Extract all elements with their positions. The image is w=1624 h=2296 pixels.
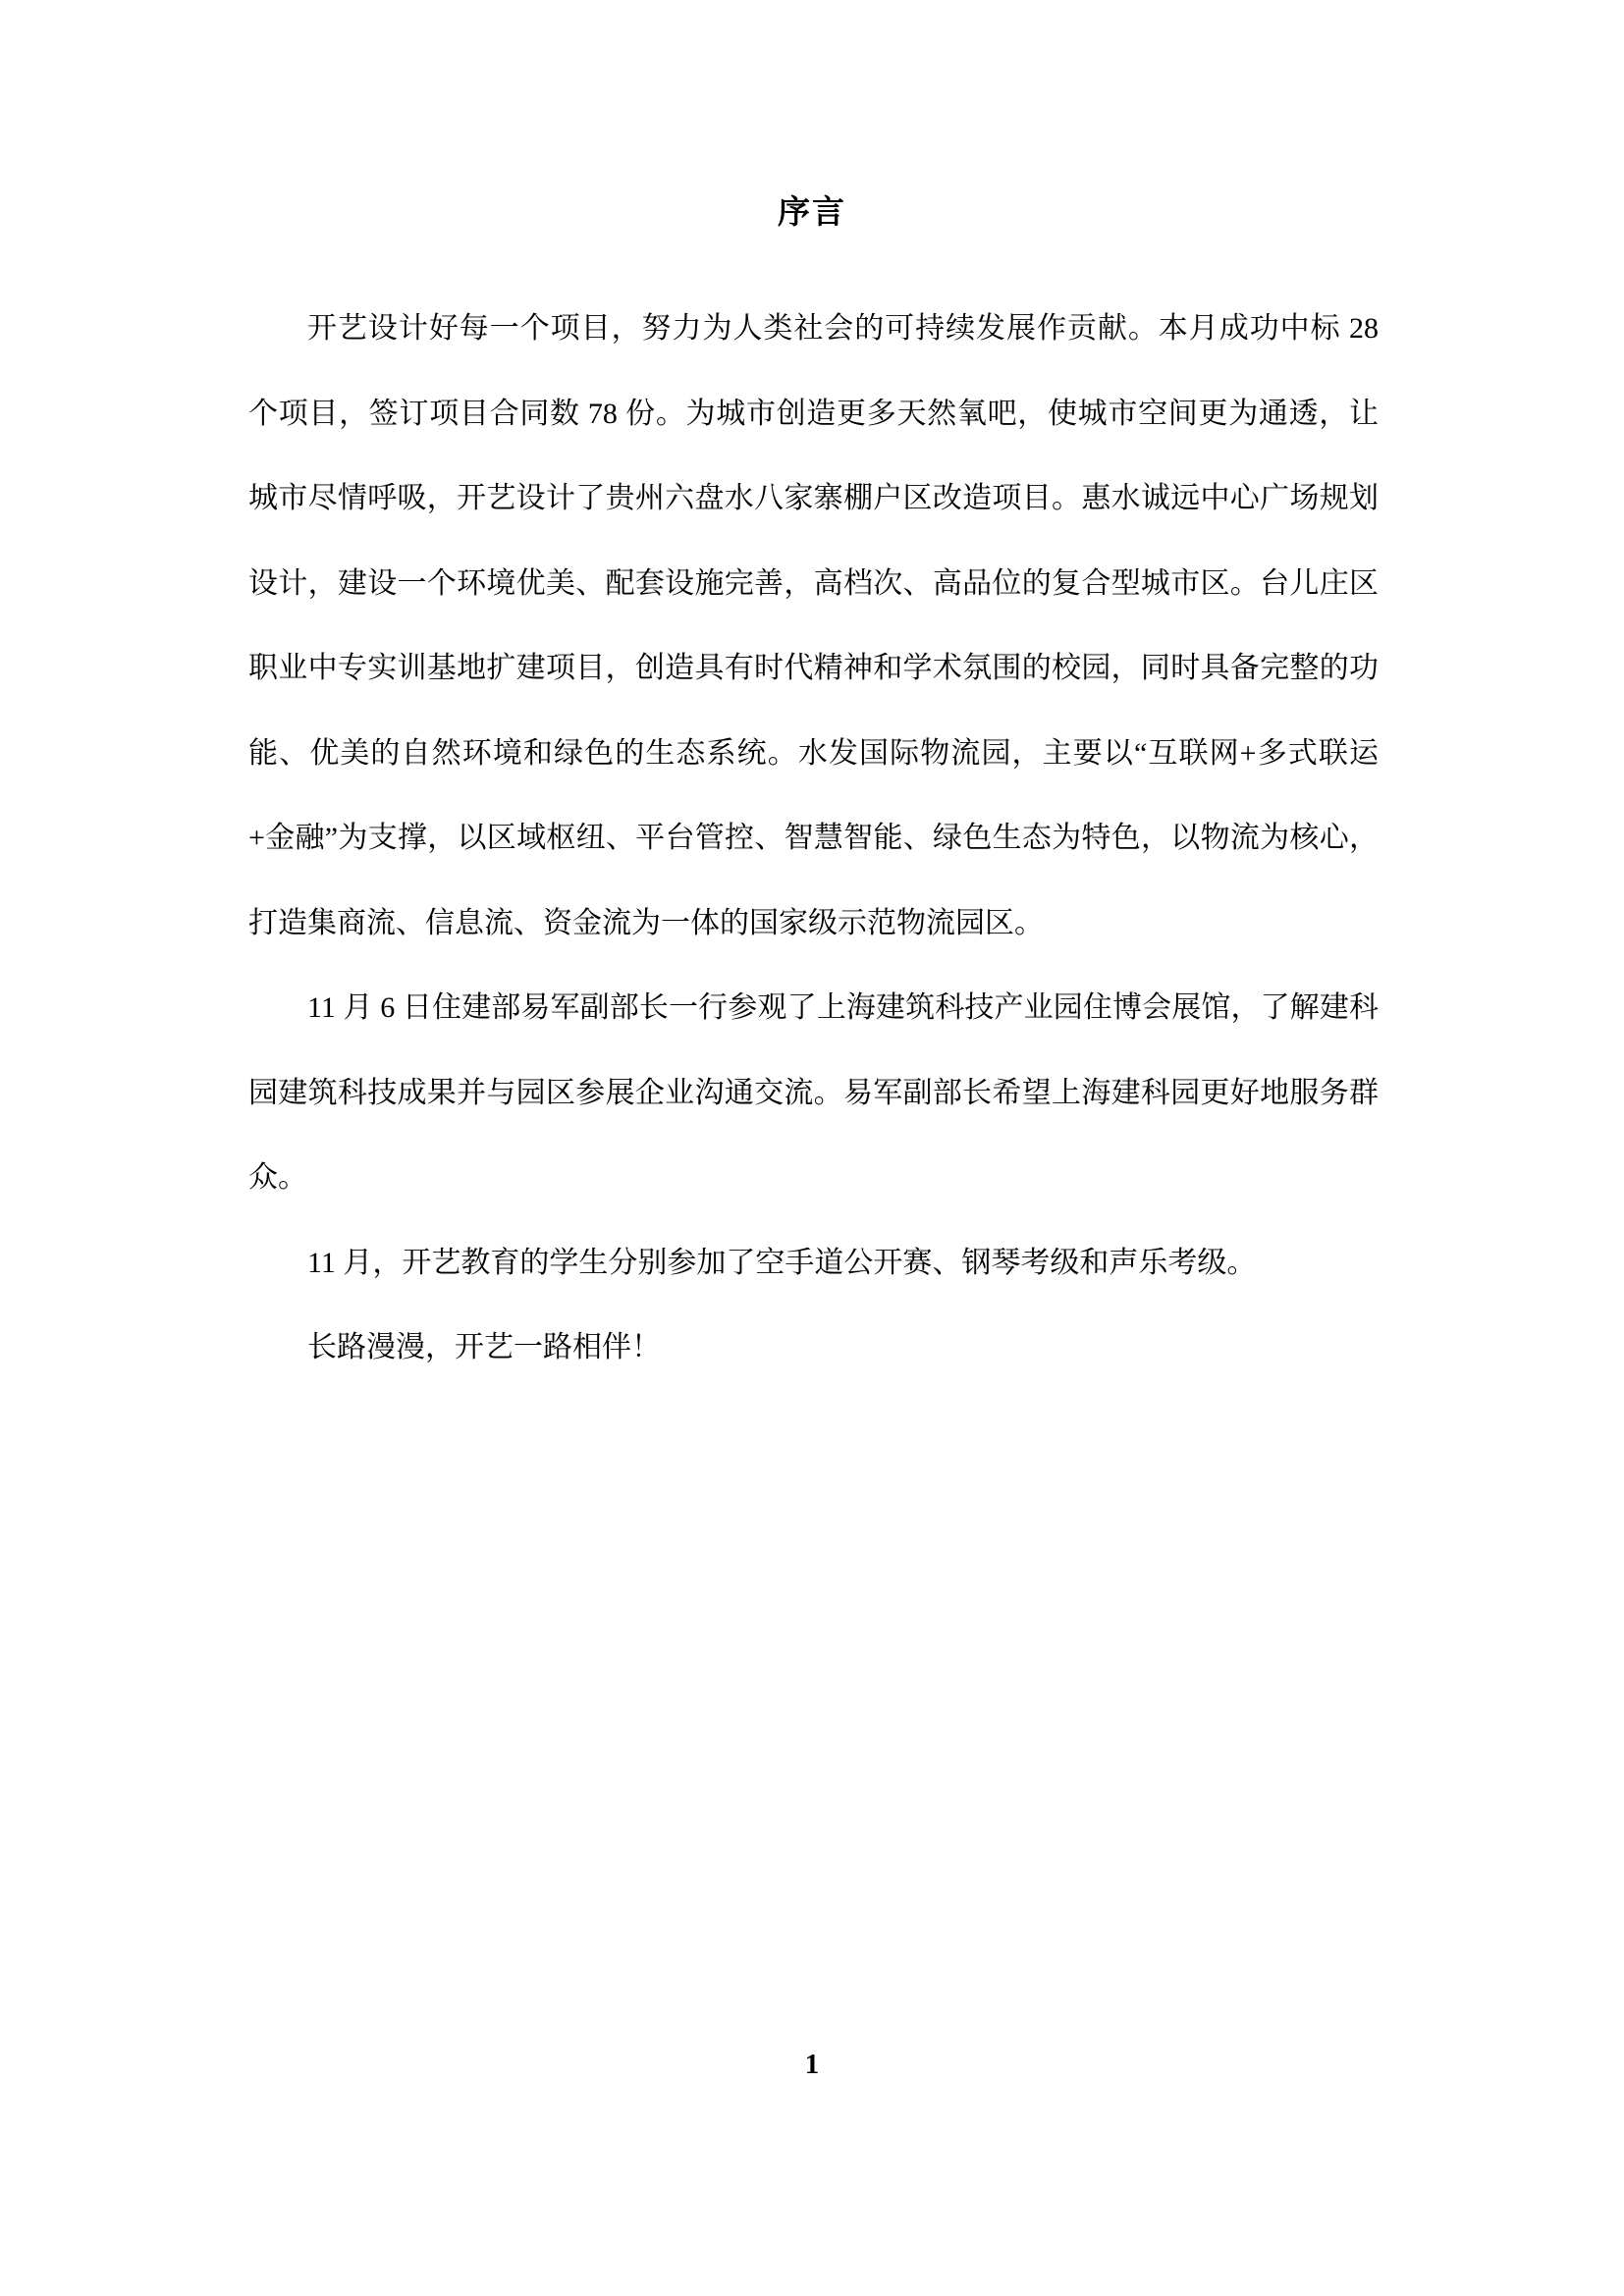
document-page: 序言 开艺设计好每一个项目，努力为人类社会的可持续发展作贡献。本月成功中标 28… <box>0 0 1624 2296</box>
body-paragraph: 11 月，开艺教育的学生分别参加了空手道公开赛、钢琴考级和声乐考级。 <box>248 1221 1379 1307</box>
body-paragraph: 开艺设计好每一个项目，努力为人类社会的可持续发展作贡献。本月成功中标 28 个项… <box>248 287 1379 966</box>
page-number: 1 <box>0 2048 1624 2081</box>
body-paragraph: 11 月 6 日住建部易军副部长一行参观了上海建筑科技产业园住博会展馆，了解建科… <box>248 966 1379 1221</box>
document-body: 开艺设计好每一个项目，努力为人类社会的可持续发展作贡献。本月成功中标 28 个项… <box>248 287 1379 1391</box>
body-paragraph: 长路漫漫，开艺一路相伴！ <box>248 1306 1379 1391</box>
document-title: 序言 <box>0 194 1624 232</box>
